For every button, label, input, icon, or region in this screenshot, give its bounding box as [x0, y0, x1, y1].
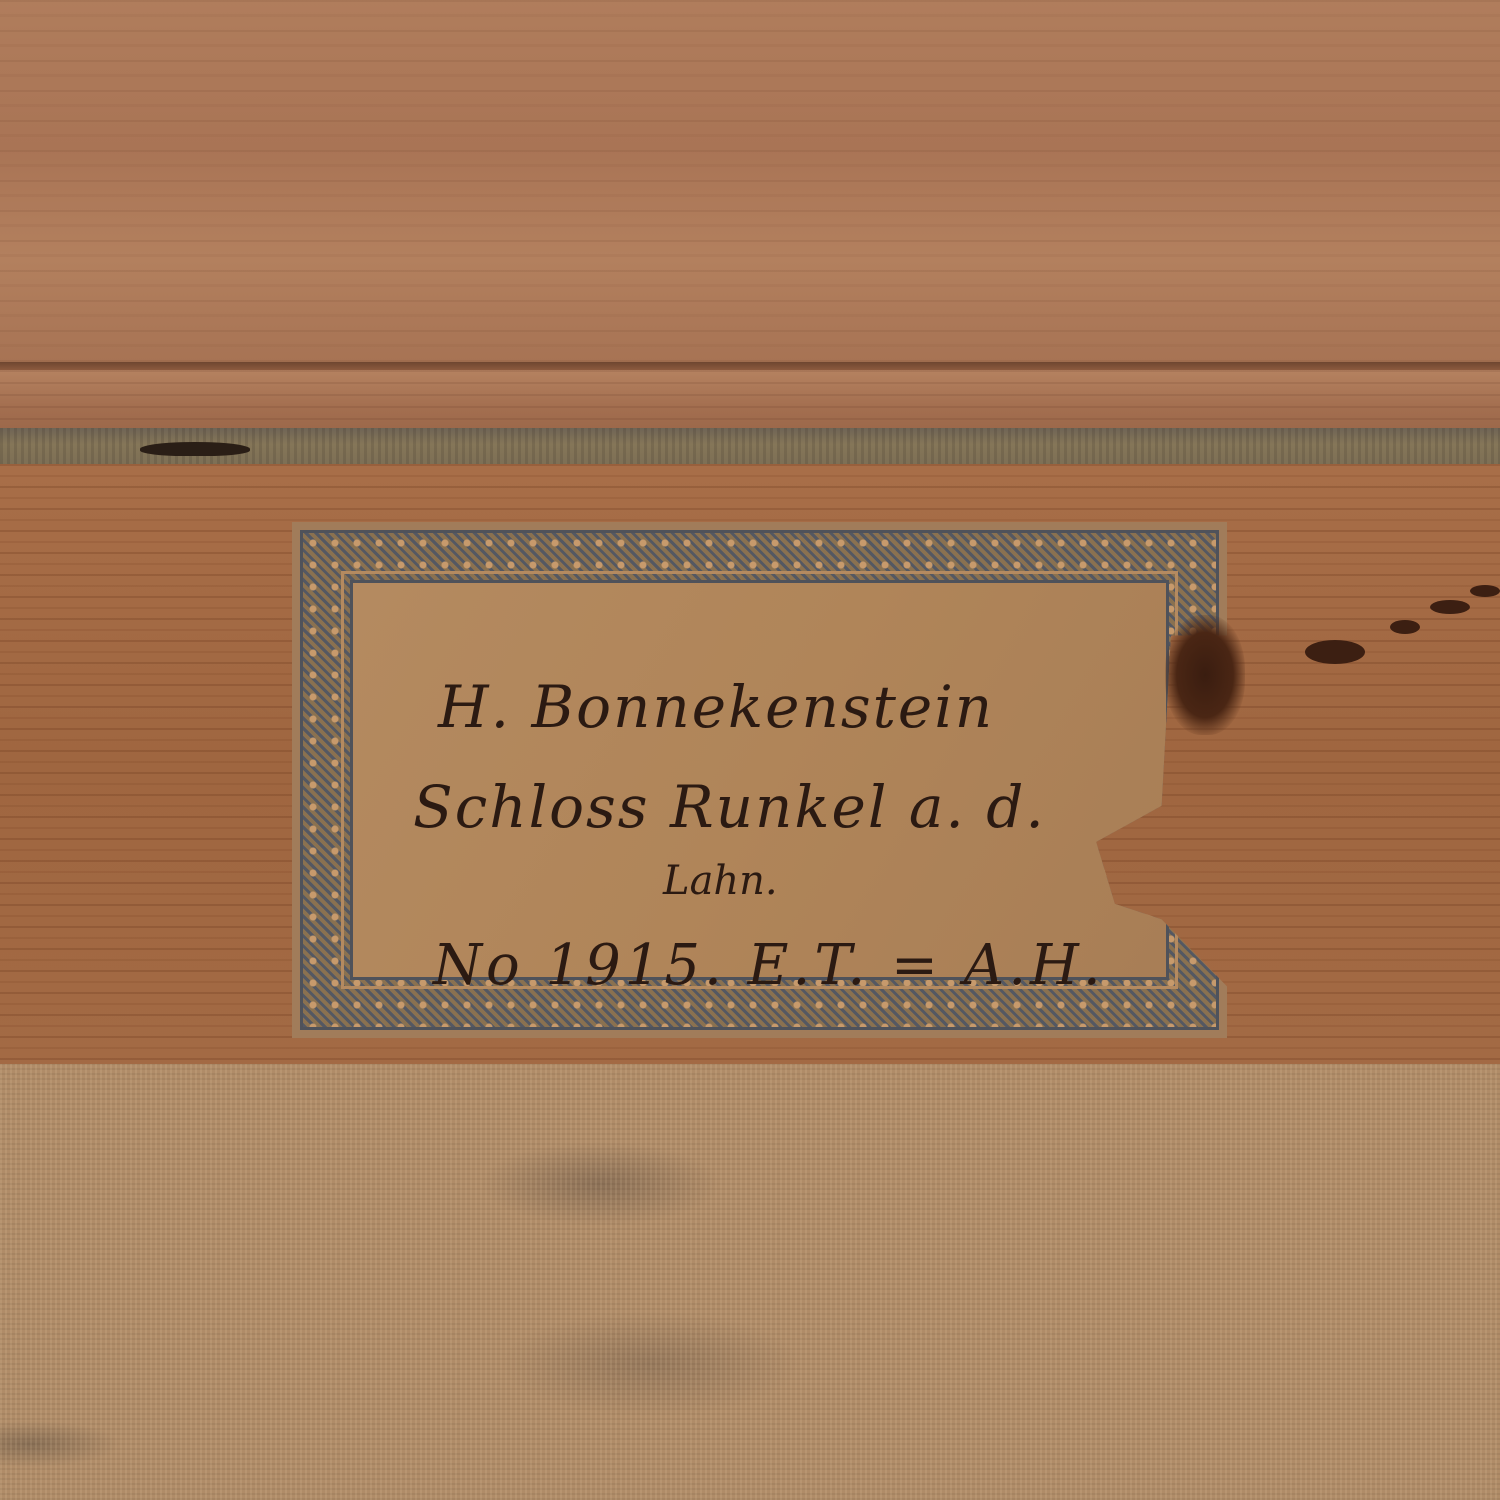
provenance-label: H. Bonnekenstein Schloss Runkel a. d. La…: [292, 522, 1227, 1038]
upper-frame-board: [0, 0, 1500, 370]
ink-drip: [1305, 640, 1365, 664]
fabric-tape-strip: [0, 428, 1500, 464]
ink-drip: [1430, 600, 1470, 614]
label-line-river: Lahn.: [663, 858, 778, 904]
canvas-back: [0, 1064, 1500, 1500]
ink-stain: [1165, 615, 1245, 735]
tape-tear: [140, 442, 250, 456]
label-line-number: No 1915. E.T. = A.H.: [433, 933, 1105, 998]
label-line-location: Schloss Runkel a. d.: [413, 773, 1046, 841]
ink-drip: [1470, 585, 1500, 597]
label-line-owner: H. Bonnekenstein: [438, 673, 994, 741]
label-text-area: H. Bonnekenstein Schloss Runkel a. d. La…: [350, 580, 1169, 980]
frame-ledge: [0, 370, 1500, 430]
ink-drip: [1390, 620, 1420, 634]
